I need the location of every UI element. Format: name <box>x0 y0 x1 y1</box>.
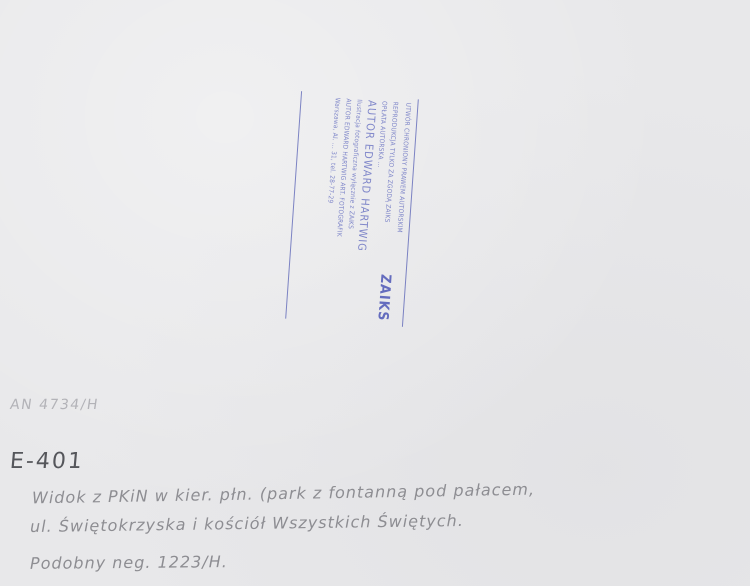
catalog-number: E-401 <box>9 449 85 474</box>
copyright-stamp: Utwór chroniony prawem autorskim Reprodu… <box>287 95 417 323</box>
zaiks-emblem: ZAiKS <box>376 274 390 322</box>
inventory-number: AN 4734/H <box>9 397 100 413</box>
stamp-frame: Utwór chroniony prawem autorskim Reprodu… <box>285 91 419 327</box>
description-line-3: Podobny neg. 1223/H. <box>30 552 228 573</box>
